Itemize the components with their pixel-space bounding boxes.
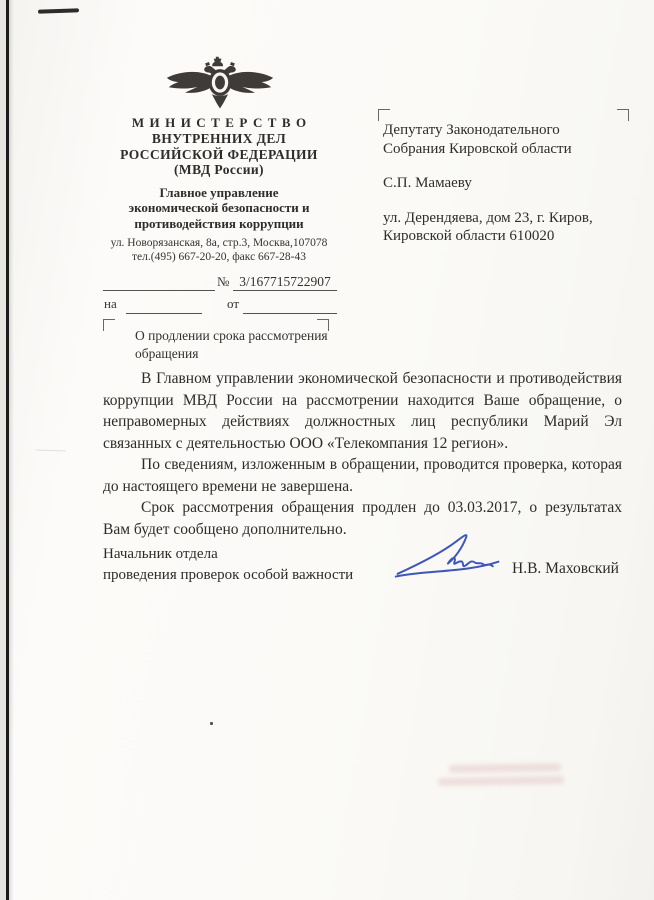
letterhead: МИНИСТЕРСТВО ВНУТРЕННИХ ДЕЛ РОССИЙСКОЙ Ф…: [85, 115, 353, 264]
ot-label: от: [227, 296, 239, 312]
scan-speck: [210, 722, 213, 725]
body-paragraph: По сведениям, изложенным в обращении, пр…: [103, 454, 622, 497]
body-paragraph: В Главном управлении экономической безоп…: [103, 368, 622, 454]
signer-title-block: Начальник отдела проведения проверок осо…: [103, 544, 353, 586]
incoming-number-blank: [126, 312, 202, 314]
ministry-name-line: РОССИЙСКОЙ ФЕДЕРАЦИИ: [85, 147, 353, 163]
recipient-address-line: Кировской области 610020: [383, 227, 623, 246]
outgoing-number: 3/167715722907: [233, 274, 337, 290]
na-label: на: [104, 296, 117, 312]
recipient-corner-mark: [617, 109, 629, 121]
number-sign-label: №: [217, 274, 229, 290]
signer-title-line: Начальник отдела: [103, 544, 353, 565]
incoming-date-blank: [243, 312, 337, 314]
letter-body: В Главном управлении экономической безоп…: [103, 368, 622, 540]
recipient-title-line: Депутату Законодательного: [383, 121, 623, 140]
department-name-line: Главное управление: [85, 185, 353, 201]
scan-edge-shadow: [9, 0, 14, 900]
recipient-corner-mark: [378, 109, 390, 121]
signature-ink: [396, 535, 499, 576]
ink-bleed-through: [438, 776, 564, 786]
recipient-name: С.П. Мамаеву: [383, 174, 623, 193]
ministry-name-line: МИНИСТЕРСТВО: [85, 115, 353, 131]
subject-corner-mark: [103, 319, 115, 331]
subject-line: О продлении срока рассмотрения: [135, 327, 345, 345]
scanned-letter-page: МИНИСТЕРСТВО ВНУТРЕННИХ ДЕЛ РОССИЙСКОЙ Ф…: [0, 0, 654, 900]
body-paragraph: Срок рассмотрения обращения продлен до 0…: [103, 497, 622, 540]
recipient-block: Депутату Законодательного Собрания Киров…: [383, 121, 623, 246]
signer-name: Н.В. Маховский: [512, 560, 619, 578]
subject-block: О продлении срока рассмотрения обращения: [135, 327, 345, 362]
department-name-line: экономической безопасности и: [85, 200, 353, 216]
recipient-title-line: Собрания Кировской области: [383, 140, 623, 159]
date-blank-line: [103, 289, 215, 291]
mvd-eagle-emblem-icon: [165, 56, 275, 110]
sender-address: ул. Новорязанская, 8а, стр.3, Москва,107…: [85, 237, 353, 251]
handwritten-signature: [392, 528, 504, 586]
ministry-short-name: (МВД России): [85, 162, 353, 178]
sender-phone: тел.(495) 667-20-20, факс 667-28-43: [85, 251, 353, 265]
signer-title-line: проведения проверок особой важности: [103, 565, 353, 586]
ink-bleed-through: [449, 763, 561, 773]
ministry-name-line: ВНУТРЕННИХ ДЕЛ: [85, 131, 353, 147]
department-name-line: противодействия коррупции: [85, 216, 353, 232]
subject-line: обращения: [135, 345, 345, 363]
recipient-address-line: ул. Дерендяева, дом 23, г. Киров,: [383, 209, 623, 228]
scan-artifact-mark: [38, 8, 79, 13]
paper-crease: [36, 449, 66, 451]
number-underline: [233, 289, 337, 291]
